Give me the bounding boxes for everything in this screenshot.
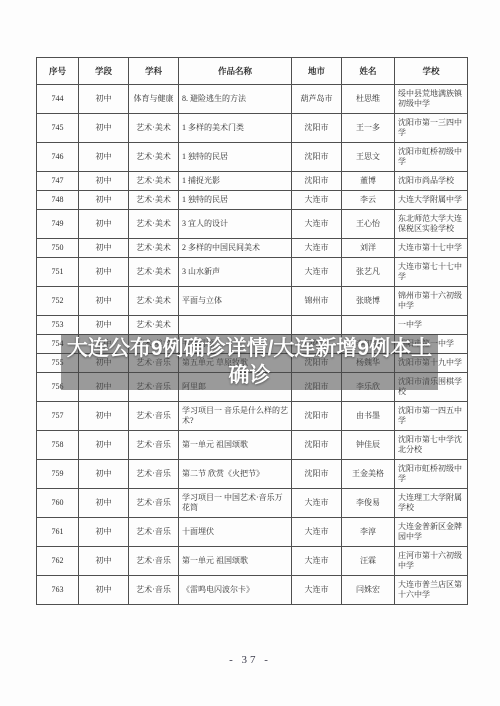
table-cell-city: 沈阳市 <box>292 114 342 143</box>
table-row: 744初中体育与健康8. 避险逃生的方法葫芦岛市杜思维绥中县荒地满族镇初级中学 <box>37 85 468 114</box>
table-cell-school: 大连市第十七中学 <box>395 239 468 258</box>
table-cell-school: 大连大学附属中学 <box>395 191 468 210</box>
table-cell-title: 2 多样的中国民间美术 <box>179 239 292 258</box>
table-cell-index: 748 <box>37 191 79 210</box>
table-row: 762初中艺术·音乐第一单元 祖国颂歌大连市汪霖庄河市第十六初级中学 <box>37 547 468 576</box>
table-cell-subject: 艺术·美术 <box>129 239 179 258</box>
table-header-row: 序号学段学科作品名称地市姓名学校 <box>37 58 468 85</box>
table-cell-name: 董博 <box>342 172 395 191</box>
table-cell-city: 大连市 <box>292 210 342 239</box>
table-cell-stage: 初中 <box>79 576 129 605</box>
table-cell-stage: 初中 <box>79 402 129 431</box>
table-cell-subject: 艺术·美术 <box>129 143 179 172</box>
table-row: 750初中艺术·美术2 多样的中国民间美术大连市刘洋大连市第十七中学 <box>37 239 468 258</box>
table-row: 753初中艺术·美术一中学 <box>37 316 468 335</box>
table-cell-index: 760 <box>37 489 79 518</box>
table-cell-name: 李俊易 <box>342 489 395 518</box>
table-cell-title: 第一单元 祖国颂歌 <box>179 431 292 460</box>
table-cell-city: 沈阳市 <box>292 172 342 191</box>
table-row: 748初中艺术·美术1 独特的民居大连市李云大连大学附属中学 <box>37 191 468 210</box>
column-header-name: 姓名 <box>342 58 395 85</box>
table-cell-index: 759 <box>37 460 79 489</box>
table-row: 758初中艺术·音乐第一单元 祖国颂歌沈阳市钟佳辰沈阳市第七中学沈北分校 <box>37 431 468 460</box>
table-cell-school: 大连理工大学附属学校 <box>395 489 468 518</box>
table-cell-school: 大连市普兰店区第十六中学 <box>395 576 468 605</box>
table-cell-name: 王金美格 <box>342 460 395 489</box>
table-row: 745初中艺术·美术1 多样的美术门类沈阳市王一多沈阳市第一三四中学 <box>37 114 468 143</box>
table-cell-stage: 初中 <box>79 547 129 576</box>
table-cell-title <box>179 316 292 335</box>
table-cell-name: 王一多 <box>342 114 395 143</box>
table-cell-school: 锦州市第十六初级中学 <box>395 287 468 316</box>
table-row: 759初中艺术·音乐第二节 欣赏《火把节》沈阳市王金美格沈阳市虹桥初级中学 <box>37 460 468 489</box>
table-cell-subject: 艺术·美术 <box>129 316 179 335</box>
table-cell-index: 751 <box>37 258 79 287</box>
table-cell-index: 749 <box>37 210 79 239</box>
table-cell-subject: 体育与健康 <box>129 85 179 114</box>
table-cell-name: 李云 <box>342 191 395 210</box>
table-row: 752初中艺术·美术平面与立体锦州市张晓博锦州市第十六初级中学 <box>37 287 468 316</box>
table-cell-title: 1 独特的民居 <box>179 191 292 210</box>
column-header-subject: 学科 <box>129 58 179 85</box>
table-cell-school: 沈阳市第一四五中学 <box>395 402 468 431</box>
news-overlay-banner-text: 大连公布9例确诊详情/大连新增9例本土确诊 <box>61 335 438 389</box>
table-cell-school: 沈阳市第七中学沈北分校 <box>395 431 468 460</box>
table-cell-name: 由书墨 <box>342 402 395 431</box>
table-row: 757初中艺术·音乐学习项目一 音乐是什么样的艺术?沈阳市由书墨沈阳市第一四五中… <box>37 402 468 431</box>
table-cell-title: 第一单元 祖国颂歌 <box>179 547 292 576</box>
table-cell-stage: 初中 <box>79 85 129 114</box>
table-cell-index: 761 <box>37 518 79 547</box>
table-cell-index: 758 <box>37 431 79 460</box>
table-cell-name: 闫姝宏 <box>342 576 395 605</box>
table-row: 763初中艺术·音乐《雷鸣电闪波尔卡》大连市闫姝宏大连市普兰店区第十六中学 <box>37 576 468 605</box>
table-cell-subject: 艺术·音乐 <box>129 576 179 605</box>
table-cell-title: 《雷鸣电闪波尔卡》 <box>179 576 292 605</box>
table-cell-stage: 初中 <box>79 518 129 547</box>
table-cell-name: 王心怡 <box>342 210 395 239</box>
table-cell-stage: 初中 <box>79 191 129 210</box>
table-cell-title: 平面与立体 <box>179 287 292 316</box>
table-cell-title: 1 捕捉光影 <box>179 172 292 191</box>
table-row: 746初中艺术·美术1 独特的民居沈阳市王思文沈阳市虹桥初级中学 <box>37 143 468 172</box>
table-cell-stage: 初中 <box>79 258 129 287</box>
table-cell-stage: 初中 <box>79 316 129 335</box>
table-cell-index: 746 <box>37 143 79 172</box>
column-header-school: 学校 <box>395 58 468 85</box>
table-cell-city: 沈阳市 <box>292 402 342 431</box>
table-cell-stage: 初中 <box>79 239 129 258</box>
table-cell-city: 大连市 <box>292 547 342 576</box>
table-cell-city: 大连市 <box>292 576 342 605</box>
table-row: 760初中艺术·音乐学习项目一 中国艺术·音乐万花筒大连市李俊易大连理工大学附属… <box>37 489 468 518</box>
table-cell-subject: 艺术·音乐 <box>129 489 179 518</box>
table-cell-stage: 初中 <box>79 143 129 172</box>
table-cell-subject: 艺术·音乐 <box>129 547 179 576</box>
table-cell-name: 钟佳辰 <box>342 431 395 460</box>
table-row: 747初中艺术·美术1 捕捉光影沈阳市董博沈阳市尚品学校 <box>37 172 468 191</box>
table-cell-stage: 初中 <box>79 210 129 239</box>
table-cell-school: 沈阳市尚品学校 <box>395 172 468 191</box>
table-cell-city: 锦州市 <box>292 287 342 316</box>
table-cell-title: 3 宜人的设计 <box>179 210 292 239</box>
table-cell-subject: 艺术·音乐 <box>129 431 179 460</box>
table-cell-city: 大连市 <box>292 518 342 547</box>
table-cell-school: 东北师范大学大连保税区实验学校 <box>395 210 468 239</box>
table-cell-stage: 初中 <box>79 460 129 489</box>
table-cell-index: 753 <box>37 316 79 335</box>
results-table: 序号学段学科作品名称地市姓名学校 744初中体育与健康8. 避险逃生的方法葫芦岛… <box>36 57 468 605</box>
table-cell-subject: 艺术·美术 <box>129 258 179 287</box>
table-cell-index: 750 <box>37 239 79 258</box>
table-row: 751初中艺术·美术3 山水新声大连市张艺凡大连市第七十七中学 <box>37 258 468 287</box>
table-cell-city: 沈阳市 <box>292 431 342 460</box>
table-cell-school: 一中学 <box>395 316 468 335</box>
table-cell-city: 大连市 <box>292 191 342 210</box>
table-cell-name <box>342 316 395 335</box>
table-row: 761初中艺术·音乐十面埋伏大连市李淳大连金普新区金牌园中学 <box>37 518 468 547</box>
table-cell-title: 8. 避险逃生的方法 <box>179 85 292 114</box>
table-cell-subject: 艺术·音乐 <box>129 402 179 431</box>
table-cell-index: 762 <box>37 547 79 576</box>
table-cell-subject: 艺术·美术 <box>129 191 179 210</box>
table-cell-school: 大连市第七十七中学 <box>395 258 468 287</box>
table-row: 749初中艺术·美术3 宜人的设计大连市王心怡东北师范大学大连保税区实验学校 <box>37 210 468 239</box>
table-cell-stage: 初中 <box>79 431 129 460</box>
table-cell-subject: 艺术·美术 <box>129 172 179 191</box>
table-cell-index: 744 <box>37 85 79 114</box>
table-cell-title: 1 独特的民居 <box>179 143 292 172</box>
table-cell-index: 763 <box>37 576 79 605</box>
table-cell-index: 745 <box>37 114 79 143</box>
table-cell-subject: 艺术·美术 <box>129 210 179 239</box>
table-cell-subject: 艺术·美术 <box>129 114 179 143</box>
table-cell-subject: 艺术·音乐 <box>129 518 179 547</box>
table-cell-city: 大连市 <box>292 258 342 287</box>
table-cell-name: 王思文 <box>342 143 395 172</box>
footer-page-number: - 37 - <box>0 654 500 666</box>
column-header-stage: 学段 <box>79 58 129 85</box>
table-cell-subject: 艺术·音乐 <box>129 460 179 489</box>
table-cell-school: 庄河市第十六初级中学 <box>395 547 468 576</box>
table-cell-index: 752 <box>37 287 79 316</box>
table-cell-stage: 初中 <box>79 114 129 143</box>
table-cell-title: 第二节 欣赏《火把节》 <box>179 460 292 489</box>
table-cell-title: 学习项目一 中国艺术·音乐万花筒 <box>179 489 292 518</box>
table-cell-index: 747 <box>37 172 79 191</box>
document-page: 序号学段学科作品名称地市姓名学校 744初中体育与健康8. 避险逃生的方法葫芦岛… <box>0 0 500 706</box>
table-cell-title: 学习项目一 音乐是什么样的艺术? <box>179 402 292 431</box>
table-cell-city: 沈阳市 <box>292 460 342 489</box>
table-cell-city: 葫芦岛市 <box>292 85 342 114</box>
table-cell-stage: 初中 <box>79 489 129 518</box>
table-cell-name: 李淳 <box>342 518 395 547</box>
table-cell-subject: 艺术·美术 <box>129 287 179 316</box>
table-cell-title: 十面埋伏 <box>179 518 292 547</box>
table-cell-school: 沈阳市第一三四中学 <box>395 114 468 143</box>
table-cell-stage: 初中 <box>79 172 129 191</box>
table-cell-stage: 初中 <box>79 287 129 316</box>
table-cell-name: 汪霖 <box>342 547 395 576</box>
table-cell-school: 沈阳市虹桥初级中学 <box>395 460 468 489</box>
column-header-index: 序号 <box>37 58 79 85</box>
table-cell-city: 沈阳市 <box>292 143 342 172</box>
table-cell-school: 大连金普新区金牌园中学 <box>395 518 468 547</box>
table-cell-name: 杜思维 <box>342 85 395 114</box>
column-header-title: 作品名称 <box>179 58 292 85</box>
table-cell-city: 大连市 <box>292 489 342 518</box>
table-cell-city <box>292 316 342 335</box>
table-cell-city: 大连市 <box>292 239 342 258</box>
table-cell-name: 刘洋 <box>342 239 395 258</box>
news-overlay-banner: 大连公布9例确诊详情/大连新增9例本土确诊 <box>61 334 438 390</box>
table-header: 序号学段学科作品名称地市姓名学校 <box>37 58 468 85</box>
table-cell-title: 1 多样的美术门类 <box>179 114 292 143</box>
table-cell-school: 绥中县荒地满族镇初级中学 <box>395 85 468 114</box>
table-cell-school: 沈阳市虹桥初级中学 <box>395 143 468 172</box>
column-header-city: 地市 <box>292 58 342 85</box>
table-cell-name: 张艺凡 <box>342 258 395 287</box>
table-cell-name: 张晓博 <box>342 287 395 316</box>
table-cell-title: 3 山水新声 <box>179 258 292 287</box>
table-cell-index: 757 <box>37 402 79 431</box>
